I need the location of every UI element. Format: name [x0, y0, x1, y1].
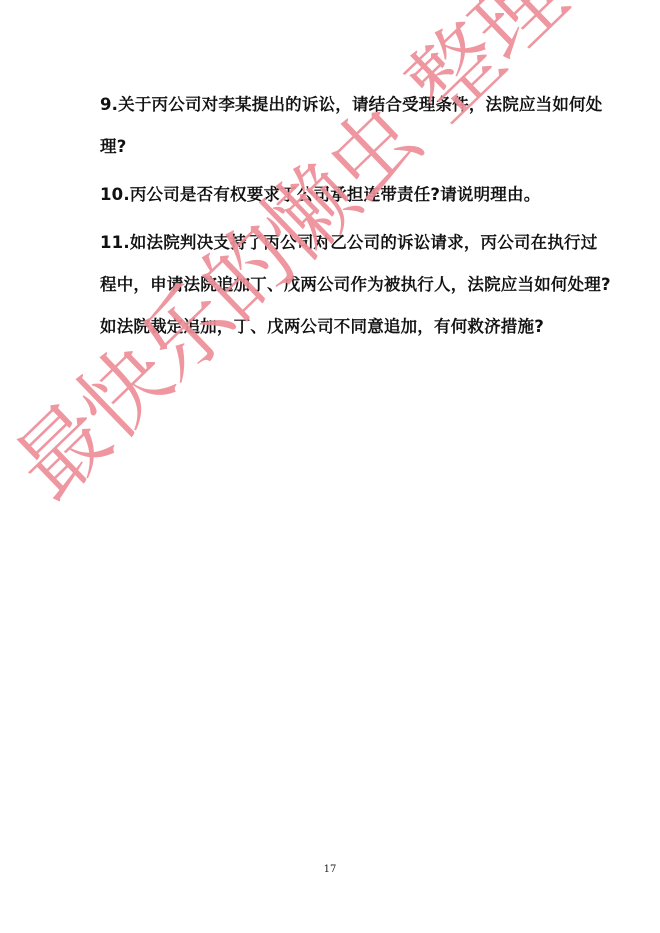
page-number: 17 — [0, 864, 660, 875]
document-page: 9.关于丙公司对李某提出的诉讼，请结合受理条件，法院应当如何处 理? 10.丙公… — [0, 0, 660, 933]
question-line: 10.丙公司是否有权要求丁公司承担连带责任?请说明理由。 — [100, 174, 590, 216]
question-line: 如法院裁定追加，丁、戊两公司不同意追加，有何救济措施? — [100, 306, 590, 348]
question-11: 11.如法院判决支持了丙公司对乙公司的诉讼请求，丙公司在执行过 程中，申请法院追… — [100, 222, 590, 348]
question-10: 10.丙公司是否有权要求丁公司承担连带责任?请说明理由。 — [100, 174, 590, 216]
question-line: 程中，申请法院追加丁、戊两公司作为被执行人，法院应当如何处理? — [100, 264, 590, 306]
question-line: 9.关于丙公司对李某提出的诉讼，请结合受理条件，法院应当如何处 — [100, 84, 590, 126]
question-line: 11.如法院判决支持了丙公司对乙公司的诉讼请求，丙公司在执行过 — [100, 222, 590, 264]
question-line: 理? — [100, 126, 590, 168]
question-9: 9.关于丙公司对李某提出的诉讼，请结合受理条件，法院应当如何处 理? — [100, 84, 590, 168]
document-body: 9.关于丙公司对李某提出的诉讼，请结合受理条件，法院应当如何处 理? 10.丙公… — [100, 84, 590, 354]
